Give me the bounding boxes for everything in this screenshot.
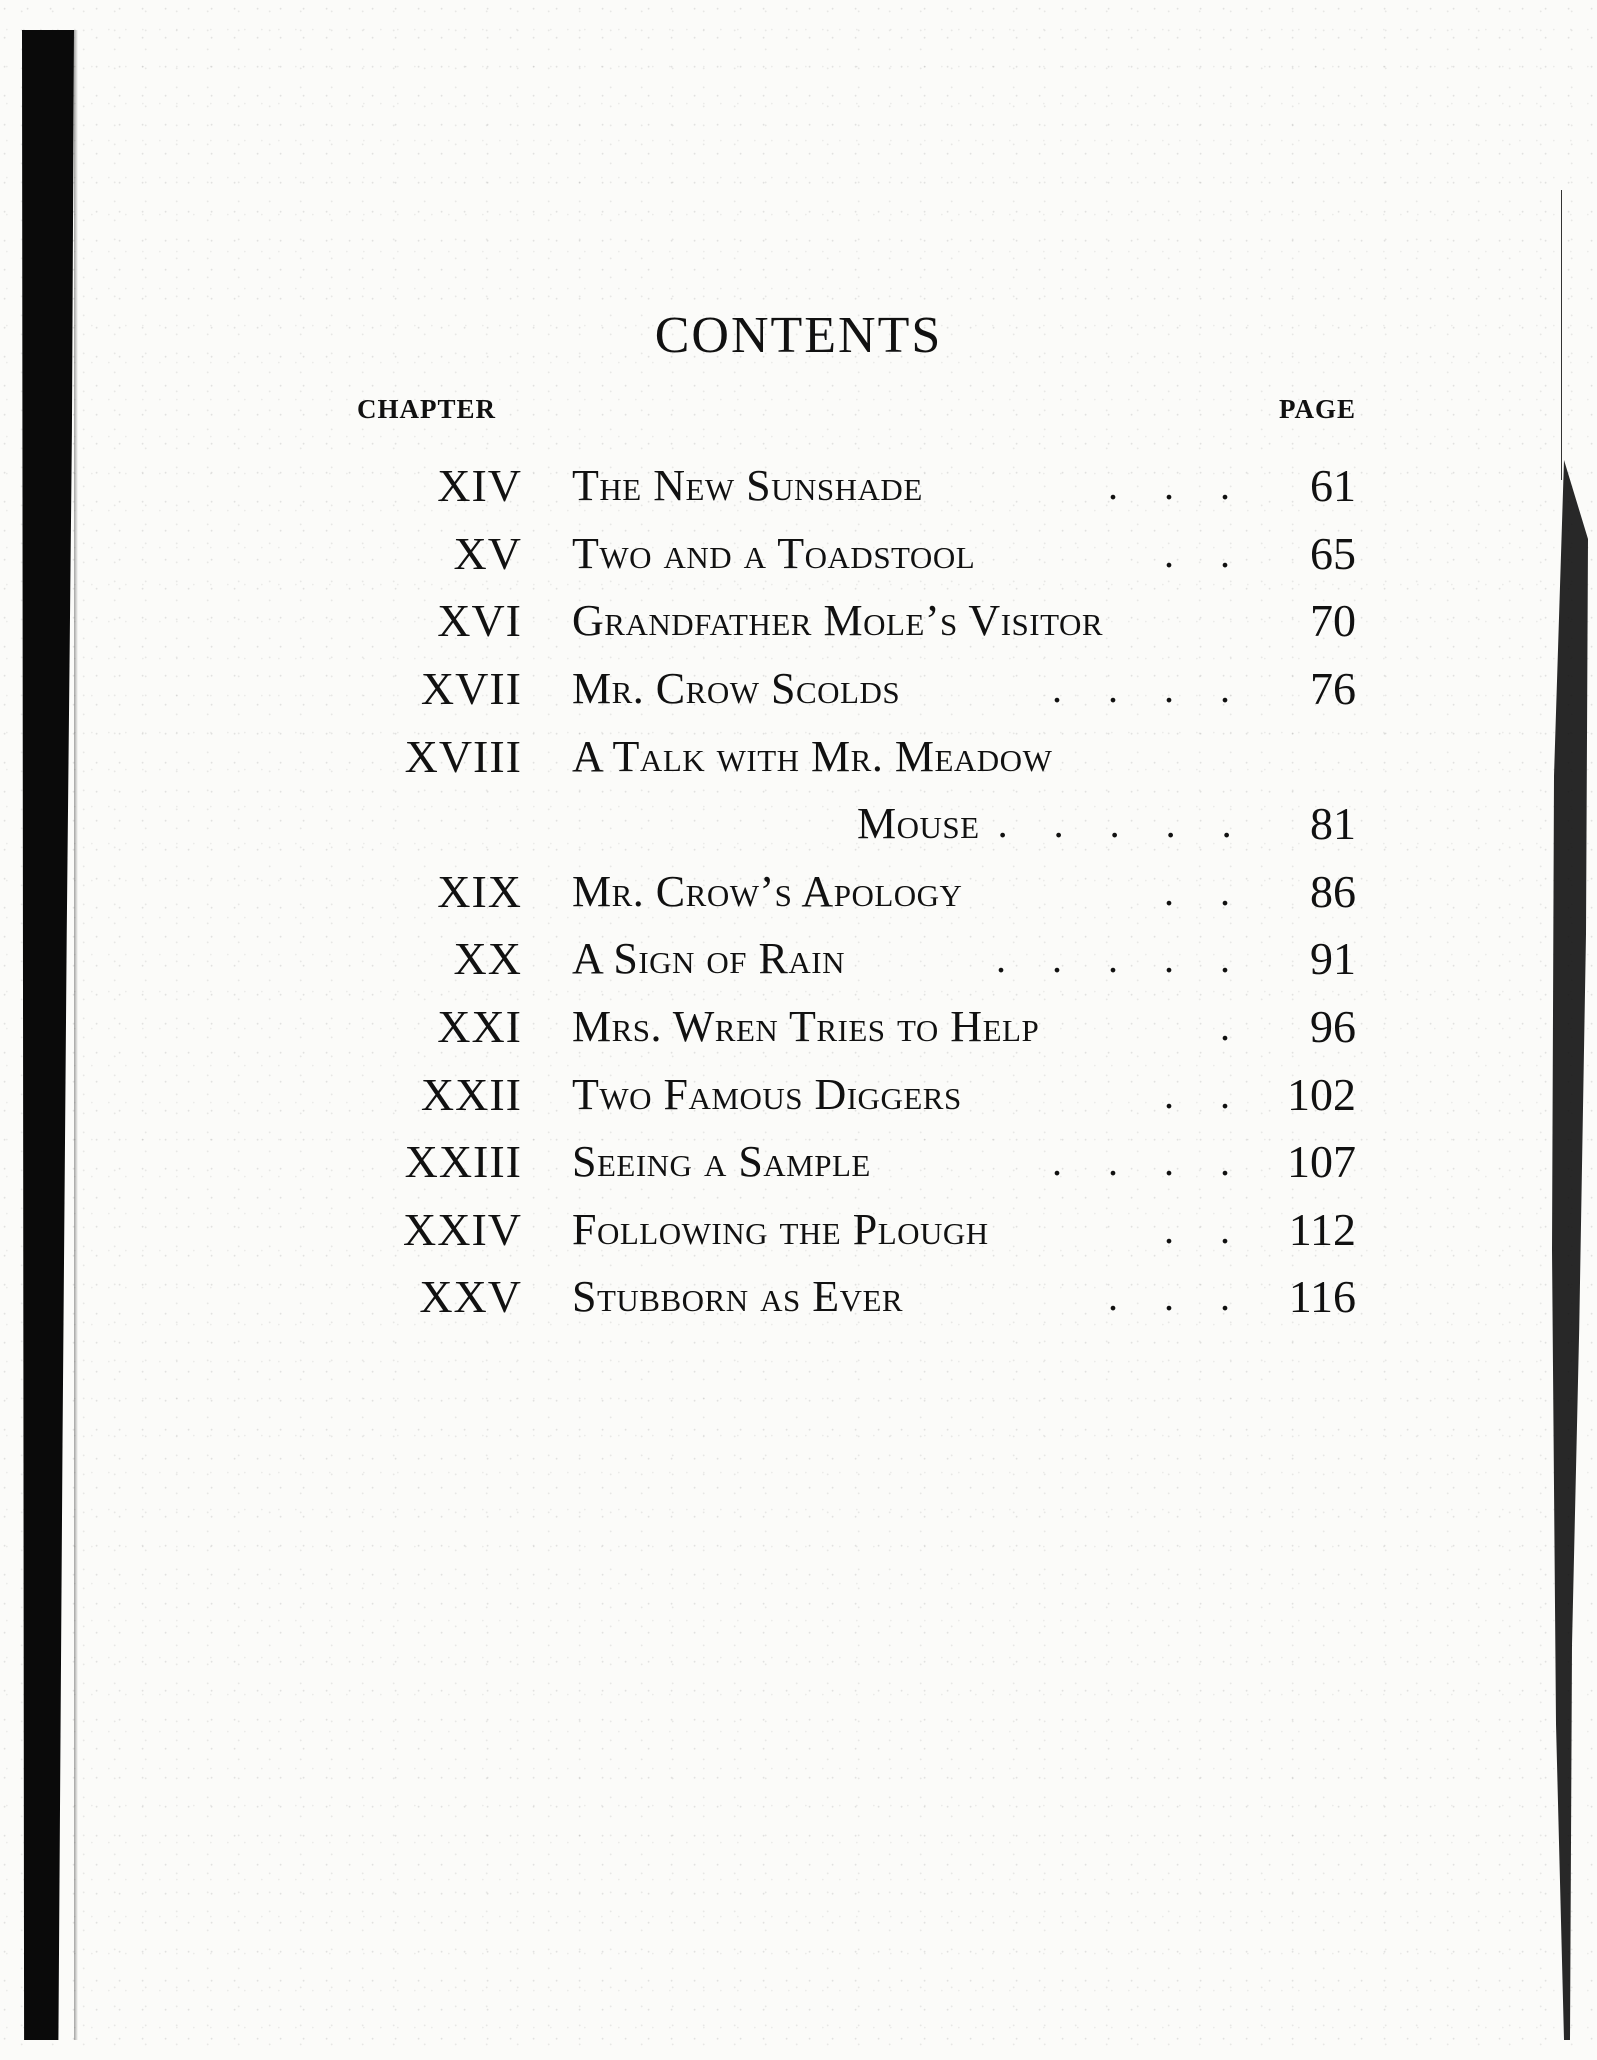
chapter-number: XV bbox=[340, 527, 522, 580]
chapter-number: XIX bbox=[340, 865, 522, 918]
dot-leader: . bbox=[1057, 1003, 1248, 1050]
chapter-title: Two Famous Diggers bbox=[572, 1069, 962, 1120]
page-number: 116 bbox=[1266, 1270, 1356, 1323]
page-title: CONTENTS bbox=[0, 306, 1597, 365]
chapter-title: Seeing a Sample bbox=[572, 1136, 871, 1187]
toc-entry: XV Two and a Toadstool . . 65 bbox=[340, 520, 1356, 588]
chapter-title: A Sign of Rain bbox=[572, 933, 845, 984]
toc-entry: XVI Grandfather Mole’s Visitor 70 bbox=[340, 587, 1356, 655]
chapter-number: XVIII bbox=[340, 730, 522, 783]
chapter-title: Following the Plough bbox=[572, 1204, 989, 1255]
chapter-number: XVI bbox=[340, 594, 522, 647]
chapter-title: Mr. Crow’s Apology bbox=[572, 866, 962, 917]
chapter-number: XXIV bbox=[340, 1203, 522, 1256]
dot-leader: . . bbox=[980, 868, 1248, 915]
page-number: 107 bbox=[1266, 1135, 1356, 1188]
chapter-number: XVII bbox=[340, 662, 522, 715]
chapter-title: Mouse bbox=[857, 798, 980, 849]
dot-leader: . . . bbox=[941, 462, 1248, 509]
page-number: 112 bbox=[1266, 1203, 1356, 1256]
toc-entry: XIV The New Sunshade . . . 61 bbox=[340, 452, 1356, 520]
toc-entry: XX A Sign of Rain . . . . . 91 bbox=[340, 925, 1356, 993]
toc-entry: XXIII Seeing a Sample . . . . 107 bbox=[340, 1128, 1356, 1196]
chapter-title: A Talk with Mr. Meadow bbox=[572, 731, 1052, 782]
chapter-title: Stubborn as Ever bbox=[572, 1271, 903, 1322]
dot-leader: . . . . bbox=[889, 1138, 1248, 1185]
toc-entry: XXII Two Famous Diggers . . 102 bbox=[340, 1060, 1356, 1128]
toc-entry: XVIII A Talk with Mr. Meadow bbox=[340, 722, 1356, 790]
dot-leader: . . bbox=[1007, 1206, 1248, 1253]
toc-entry: XXI Mrs. Wren Tries to Help . 96 bbox=[340, 993, 1356, 1061]
chapter-title: Mr. Crow Scolds bbox=[572, 663, 900, 714]
page-number: 70 bbox=[1266, 594, 1356, 647]
dot-leader: . . . bbox=[921, 1273, 1248, 1320]
toc-entry-continuation: Mouse . . . . . . 81 bbox=[340, 790, 1356, 858]
toc-entry: XXIV Following the Plough . . 112 bbox=[340, 1196, 1356, 1264]
chapter-number: XXI bbox=[340, 1000, 522, 1053]
chapter-number: XXIII bbox=[340, 1135, 522, 1188]
chapter-number: XIV bbox=[340, 459, 522, 512]
page-number: 96 bbox=[1266, 1000, 1356, 1053]
page-number: 102 bbox=[1266, 1068, 1356, 1121]
toc-entry: XXV Stubborn as Ever . . . 116 bbox=[340, 1263, 1356, 1331]
chapter-title: The New Sunshade bbox=[572, 460, 923, 511]
dot-leader: . . bbox=[980, 1071, 1248, 1118]
dot-leader: . . . . bbox=[918, 665, 1248, 712]
table-of-contents: XIV The New Sunshade . . . 61 XV Two and… bbox=[340, 452, 1356, 1331]
column-header-page: PAGE bbox=[1279, 394, 1356, 425]
page-number: 76 bbox=[1266, 662, 1356, 715]
chapter-number: XX bbox=[340, 932, 522, 985]
chapter-title: Mrs. Wren Tries to Help bbox=[572, 1001, 1039, 1052]
chapter-number: XXV bbox=[340, 1270, 522, 1323]
page-edge-shadow-right bbox=[1548, 460, 1588, 2040]
toc-entry: XVII Mr. Crow Scolds . . . . 76 bbox=[340, 655, 1356, 723]
column-header-chapter: CHAPTER bbox=[357, 394, 496, 425]
dot-leader: . . . . . . bbox=[998, 800, 1248, 847]
page-number: 61 bbox=[1266, 459, 1356, 512]
page-number: 65 bbox=[1266, 527, 1356, 580]
page-number: 81 bbox=[1266, 797, 1356, 850]
dot-leader: . . bbox=[993, 530, 1248, 577]
toc-entry: XIX Mr. Crow’s Apology . . 86 bbox=[340, 858, 1356, 926]
page-number: 86 bbox=[1266, 865, 1356, 918]
page-number: 91 bbox=[1266, 932, 1356, 985]
chapter-title: Two and a Toadstool bbox=[572, 528, 975, 579]
chapter-number: XXII bbox=[340, 1068, 522, 1121]
chapter-title: Grandfather Mole’s Visitor bbox=[572, 595, 1103, 646]
dot-leader: . . . . . bbox=[863, 935, 1248, 982]
